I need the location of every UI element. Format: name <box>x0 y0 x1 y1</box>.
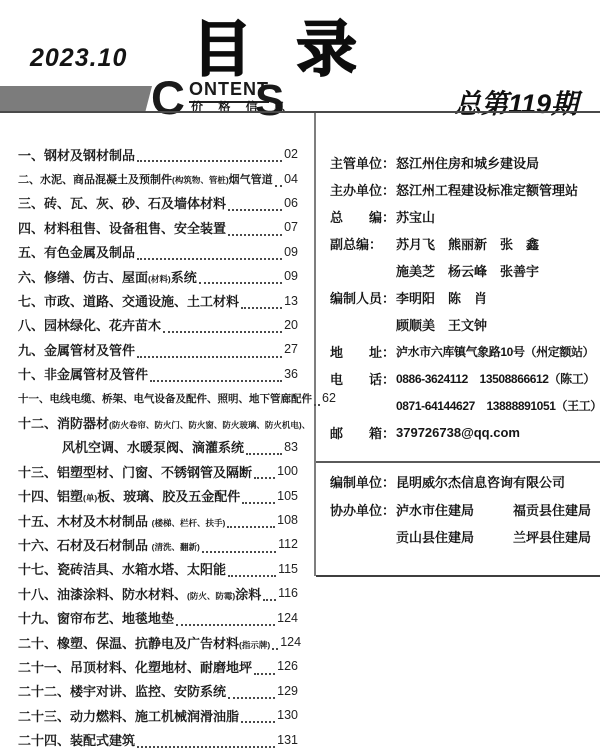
toc-item-title: 风机空调、水暖泵阀、滴灌系统 <box>62 437 244 456</box>
dot-leader <box>137 246 282 260</box>
toc-item-title: 消防器材(防火卷帘、防火门、防火窗、防火玻璃、防火机电)、 <box>57 413 310 432</box>
info-row: 协办单位：泸水市住建局 福贡县住建局 <box>330 496 598 524</box>
toc-item-page: 06 <box>284 196 298 210</box>
issue-number: 总第119期 <box>454 82 578 121</box>
info-label: 地 址： <box>330 342 396 361</box>
info-value: 施美芝 杨云峰 张善宇 <box>396 261 539 280</box>
toc-item-title: 窗帘布艺、地毯地垫 <box>57 608 174 627</box>
info-value: 李明阳 陈 肖 <box>396 288 487 307</box>
dot-leader <box>228 563 276 577</box>
info-label: 编制单位： <box>330 472 396 491</box>
toc-item: 十七、瓷砖洁具、水箱水塔、太阳能115 <box>18 557 298 581</box>
toc-item-page: 124 <box>277 611 298 625</box>
toc-item-page: 09 <box>284 269 298 283</box>
toc-item: 十六、石材及石材制品 (清洗、翻新)112 <box>18 532 298 556</box>
toc-item-number: 二十一、 <box>18 657 70 676</box>
dot-leader <box>137 148 282 162</box>
dot-leader <box>263 587 276 601</box>
info-value: 379726738@qq.com <box>396 425 520 440</box>
toc-item-title: 砖、瓦、灰、砂、石及墙体材料 <box>44 193 226 212</box>
toc-item: 六、修缮、仿古、屋面(材料)系统09 <box>18 264 298 288</box>
toc-item-title: 吊顶材料、化塑地材、耐磨地坪 <box>70 657 252 676</box>
toc-item-title: 石材及石材制品 (清洗、翻新) <box>57 535 200 554</box>
header-gray-bar <box>0 86 152 113</box>
column-divider <box>314 113 316 576</box>
dot-leader <box>176 612 275 626</box>
toc-item-page: 116 <box>278 586 298 600</box>
toc-item-page: 09 <box>284 245 298 259</box>
publication-info: 主管单位：怒江州住房和城乡建设局主办单位：怒江州工程建设标准定额管理站总 编：苏… <box>330 149 598 446</box>
info-label: 总 编： <box>330 207 396 226</box>
toc-item-page: 07 <box>284 220 298 234</box>
toc-item-page: 112 <box>278 537 298 551</box>
dot-leader <box>254 661 275 675</box>
toc-item-title: 材料租售、设备租售、安全装置 <box>44 218 226 237</box>
toc-item-number: 十、 <box>18 364 44 383</box>
toc-item-page: 108 <box>277 513 298 527</box>
dot-leader <box>246 441 282 455</box>
contents-logo-letter-c: C <box>151 70 185 125</box>
dot-leader <box>241 295 282 309</box>
toc-item-page: 124 <box>280 635 301 649</box>
info-value: 泸水市六库镇气象路10号（州定额站） <box>396 343 594 360</box>
toc-item: 二十四、装配式建筑131 <box>18 727 298 751</box>
toc-item: 二十、橡塑、保温、抗静电及广告材料(指示牌)124 <box>18 630 298 654</box>
dot-leader <box>314 392 320 406</box>
toc-item-page: 36 <box>284 367 298 381</box>
toc-item-page: 130 <box>277 708 298 722</box>
dot-leader <box>228 222 282 236</box>
info-row: 邮 箱：379726738@qq.com <box>330 419 598 446</box>
toc-item-number: 七、 <box>18 291 44 310</box>
dot-leader <box>241 709 275 723</box>
dot-leader <box>275 173 282 187</box>
info-row: 电 话：0886-3624112 13508866612（陈工） <box>330 365 598 392</box>
info-row: 副总编：苏月飞 熊丽新 张 鑫 <box>330 230 598 257</box>
toc-item: 十九、窗帘布艺、地毯地垫124 <box>18 605 298 629</box>
toc-item-page: 105 <box>277 489 298 503</box>
toc-item-title: 铝塑(单)板、玻璃、胶及五金配件 <box>57 486 240 505</box>
toc-item-title: 橡塑、保温、抗静电及广告材料(指示牌) <box>57 633 270 652</box>
dot-leader <box>228 685 275 699</box>
toc-item: 风机空调、水暖泵阀、滴灌系统83 <box>18 435 298 459</box>
toc-item-number: 十五、 <box>18 511 57 530</box>
toc-item-number: 四、 <box>18 218 44 237</box>
info-row: 编制单位：昆明威尔杰信息咨询有限公司 <box>330 468 598 496</box>
dot-leader <box>272 636 278 650</box>
toc-item-page: 83 <box>284 440 298 454</box>
info-label: 邮 箱： <box>330 423 396 442</box>
info-label: 编制人员： <box>330 288 396 307</box>
toc-page: 2023.10 目 录 C ONTENT S 价 格 信 息 总第119期 一、… <box>0 0 600 755</box>
toc-item-page: 126 <box>277 659 298 673</box>
toc-item-number: 九、 <box>18 340 44 359</box>
toc-item: 五、有色金属及制品09 <box>18 240 298 264</box>
toc-item-number: 十二、 <box>18 413 57 432</box>
info-row: 主办单位：怒江州工程建设标准定额管理站 <box>330 176 598 203</box>
info-label: 副总编： <box>330 234 396 253</box>
dot-leader <box>137 344 282 358</box>
info-value: 0886-3624112 13508866612（陈工） <box>396 370 595 387</box>
info-row: 顾顺美 王文钟 <box>330 311 598 338</box>
toc-item-title: 铝塑型材、门窗、不锈钢管及隔断 <box>57 462 252 481</box>
toc-item-page: 27 <box>284 342 298 356</box>
info-row: 施美芝 杨云峰 张善宇 <box>330 257 598 284</box>
toc-item-number: 二十、 <box>18 633 57 652</box>
info-value: 怒江州工程建设标准定额管理站 <box>396 180 578 199</box>
toc-item-number: 二十三、 <box>18 706 70 725</box>
toc-item-number: 十八、 <box>18 584 57 603</box>
toc-item-number: 二、 <box>18 171 40 187</box>
dot-leader <box>150 368 282 382</box>
toc-item-title: 瓷砖洁具、水箱水塔、太阳能 <box>57 559 226 578</box>
toc-item: 一、钢材及钢材制品02 <box>18 142 298 166</box>
header-rule <box>0 111 600 113</box>
toc-item-number: 十四、 <box>18 486 57 505</box>
toc-item-title: 非金属管材及管件 <box>44 364 148 383</box>
toc-item: 十二、消防器材(防火卷帘、防火门、防火窗、防火玻璃、防火机电)、 <box>18 410 298 434</box>
info-value: 苏月飞 熊丽新 张 鑫 <box>396 234 539 253</box>
info-value: 泸水市住建局 福贡县住建局 <box>396 500 591 519</box>
toc-item-number: 八、 <box>18 315 44 334</box>
info-row: 贡山县住建局 兰坪县住建局 <box>330 523 598 551</box>
dot-leader <box>199 270 282 284</box>
toc-item-page: 02 <box>284 147 298 161</box>
toc-item-page: 20 <box>284 318 298 332</box>
info-value: 昆明威尔杰信息咨询有限公司 <box>396 472 565 491</box>
info-label: 电 话： <box>330 369 396 388</box>
info-bottom-rule <box>316 575 600 577</box>
toc-item: 二十三、动力燃料、施工机械润滑油脂130 <box>18 703 298 727</box>
toc-item-number: 六、 <box>18 267 44 286</box>
toc-item-number: 十六、 <box>18 535 57 554</box>
info-value: 顾顺美 王文钟 <box>396 315 487 334</box>
toc-item-title: 修缮、仿古、屋面(材料)系统 <box>44 267 197 286</box>
toc-item-title: 市政、道路、交通设施、土工材料 <box>44 291 239 310</box>
toc-item-title: 楼宇对讲、监控、安防系统 <box>70 681 226 700</box>
toc-item-title: 电线电缆、桥架、电气设备及配件、照明、地下管廊配件 <box>50 391 313 406</box>
toc-item-title: 水泥、商品混凝土及预制件(构筑物、管桩)烟气管道 <box>40 171 273 187</box>
info-value: 0871-64144627 13888891051（王工） <box>396 397 600 414</box>
toc-item-number: 十九、 <box>18 608 57 627</box>
issue-date: 2023.10 <box>30 44 127 73</box>
toc-item: 三、砖、瓦、灰、砂、石及墙体材料06 <box>18 191 298 215</box>
toc-list: 一、钢材及钢材制品02二、水泥、商品混凝土及预制件(构筑物、管桩)烟气管道04三… <box>18 142 298 752</box>
info-row: 总 编：苏宝山 <box>330 203 598 230</box>
info-label: 主管单位： <box>330 153 396 172</box>
toc-item-title: 有色金属及制品 <box>44 242 135 261</box>
dot-leader <box>137 734 275 748</box>
toc-item-number: 十三、 <box>18 462 57 481</box>
info-row: 地 址：泸水市六库镇气象路10号（州定额站） <box>330 338 598 365</box>
toc-item-title: 木材及木材制品 (楼梯、栏杆、扶手) <box>57 511 225 530</box>
info-row: 编制人员：李明阳 陈 肖 <box>330 284 598 311</box>
dot-leader <box>228 197 282 211</box>
toc-item: 十八、油漆涂料、防水材料、(防火、防霉)涂料116 <box>18 581 298 605</box>
toc-item-page: 13 <box>284 294 298 308</box>
toc-item-page: 04 <box>284 172 298 186</box>
dot-leader <box>254 465 275 479</box>
dot-leader <box>163 319 282 333</box>
info-separator-rule <box>316 461 600 463</box>
toc-item-title: 动力燃料、施工机械润滑油脂 <box>70 706 239 725</box>
info-row: 主管单位：怒江州住房和城乡建设局 <box>330 149 598 176</box>
toc-item-title: 钢材及钢材制品 <box>44 145 135 164</box>
toc-item-number: 十七、 <box>18 559 57 578</box>
toc-item-title: 金属管材及管件 <box>44 340 135 359</box>
toc-item: 四、材料租售、设备租售、安全装置07 <box>18 215 298 239</box>
info-row: 0871-64144627 13888891051（王工） <box>330 392 598 419</box>
toc-item-number: 三、 <box>18 193 44 212</box>
dot-leader <box>227 514 275 528</box>
toc-item: 八、园林绿化、花卉苗木20 <box>18 313 298 337</box>
dot-leader <box>202 539 276 553</box>
toc-item: 十、非金属管材及管件36 <box>18 362 298 386</box>
info-value: 贡山县住建局 兰坪县住建局 <box>396 527 591 546</box>
toc-item: 十一、电线电缆、桥架、电气设备及配件、照明、地下管廊配件62 <box>18 386 298 410</box>
toc-item-page: 115 <box>278 562 298 576</box>
info-value: 怒江州住房和城乡建设局 <box>396 153 539 172</box>
toc-item: 七、市政、道路、交通设施、土工材料13 <box>18 288 298 312</box>
toc-item: 十三、铝塑型材、门窗、不锈钢管及隔断100 <box>18 459 298 483</box>
toc-item: 十四、铝塑(单)板、玻璃、胶及五金配件105 <box>18 483 298 507</box>
toc-item-number: 十一、 <box>18 391 50 406</box>
info-value: 苏宝山 <box>396 207 435 226</box>
toc-item: 二十一、吊顶材料、化塑地材、耐磨地坪126 <box>18 654 298 678</box>
toc-item: 二、水泥、商品混凝土及预制件(构筑物、管桩)烟气管道04 <box>18 166 298 190</box>
toc-item-number: 一、 <box>18 145 44 164</box>
toc-item-page: 100 <box>277 464 298 478</box>
toc-item-number: 五、 <box>18 242 44 261</box>
toc-item: 二十二、楼宇对讲、监控、安防系统129 <box>18 679 298 703</box>
toc-item-number: 二十四、 <box>18 730 70 749</box>
toc-item-page: 129 <box>277 684 298 698</box>
toc-item: 九、金属管材及管件27 <box>18 337 298 361</box>
dot-leader <box>242 490 275 504</box>
info-label: 主办单位： <box>330 180 396 199</box>
toc-item: 十五、木材及木材制品 (楼梯、栏杆、扶手)108 <box>18 508 298 532</box>
publisher-info: 编制单位：昆明威尔杰信息咨询有限公司协办单位：泸水市住建局 福贡县住建局贡山县住… <box>330 468 598 551</box>
toc-item-title: 油漆涂料、防水材料、(防火、防霉)涂料 <box>57 584 261 603</box>
toc-item-title: 装配式建筑 <box>70 730 135 749</box>
toc-item-title: 园林绿化、花卉苗木 <box>44 315 161 334</box>
info-label: 协办单位： <box>330 500 396 519</box>
toc-item-page: 131 <box>277 733 298 747</box>
toc-item-number: 二十二、 <box>18 681 70 700</box>
